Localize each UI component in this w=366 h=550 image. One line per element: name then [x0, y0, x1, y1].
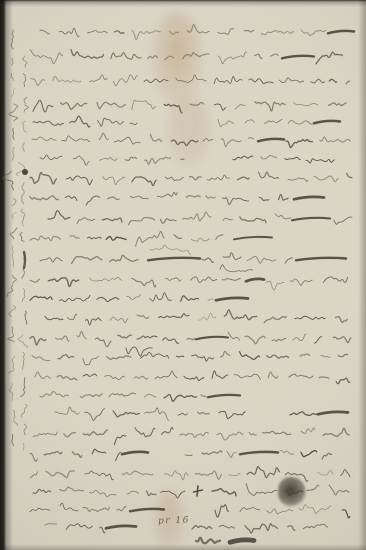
ink-stroke [163, 338, 179, 344]
ink-stroke [234, 237, 272, 239]
ink-stroke [293, 334, 307, 341]
ink-stroke [320, 137, 351, 142]
ink-stroke [44, 451, 62, 454]
ink-stroke [328, 103, 346, 106]
stain-bottom-streak [152, 490, 186, 550]
ink-stroke [53, 76, 81, 82]
ink-stroke [338, 354, 347, 357]
ink-stroke [110, 317, 128, 322]
ink-stroke [181, 159, 184, 160]
ink-stroke [282, 56, 314, 58]
ink-stroke [259, 172, 279, 178]
ink-stroke [328, 31, 354, 33]
ink-stroke [70, 116, 90, 127]
ink-stroke [23, 74, 26, 87]
stain-top-center-lower [166, 96, 212, 168]
ink-stroke [290, 412, 316, 416]
ink-stroke [206, 196, 215, 198]
ink-stroke [223, 279, 241, 281]
ink-stroke [126, 347, 152, 356]
ink-stroke [271, 54, 278, 56]
ink-stroke [132, 30, 160, 40]
ink-stroke [22, 352, 24, 369]
ink-stroke [83, 357, 99, 366]
ink-stroke [307, 485, 319, 490]
ink-stroke [145, 408, 169, 420]
ink-stroke [45, 524, 57, 526]
ink-stroke [288, 178, 308, 181]
ink-stroke [323, 428, 349, 436]
ink-stroke [48, 278, 79, 287]
ink-stroke [137, 315, 149, 318]
ink-stroke [59, 28, 79, 37]
ink-stroke [32, 137, 56, 141]
ink-stroke [294, 103, 318, 106]
ink-stroke [155, 371, 177, 379]
ink-stroke [198, 313, 216, 320]
ink-stroke [113, 75, 137, 86]
ink-stroke [223, 253, 241, 260]
ink-stroke [116, 452, 121, 460]
ink-stroke [172, 140, 198, 145]
ink-stroke [90, 490, 116, 496]
ink-stroke [162, 428, 174, 435]
ink-stroke [183, 53, 209, 59]
ink-stroke [122, 471, 152, 475]
ink-stroke [306, 159, 334, 163]
ink-stroke [286, 140, 312, 148]
ink-stroke [64, 433, 76, 437]
ink-stroke [289, 374, 313, 378]
ink-stroke [197, 486, 198, 496]
ink-stroke [292, 218, 330, 220]
ink-stroke [178, 413, 188, 415]
ink-stroke [12, 434, 14, 445]
ink-stroke [20, 378, 25, 397]
ink-stroke [164, 394, 197, 401]
ink-stroke [184, 376, 204, 380]
ink-stroke [314, 121, 340, 123]
ink-stroke [8, 327, 15, 342]
ink-stroke [90, 75, 108, 82]
ink-stroke [164, 104, 182, 113]
ink-stroke [180, 432, 208, 437]
ink-stroke [220, 265, 253, 272]
ink-stroke [329, 485, 349, 495]
ink-stroke [24, 97, 29, 112]
handwriting-layer [0, 0, 366, 550]
ink-stroke [301, 451, 317, 457]
ink-stroke [24, 252, 25, 268]
ink-stroke [311, 79, 325, 83]
ink-stroke [23, 143, 25, 152]
ink-stroke [264, 120, 282, 124]
ink-stroke [217, 432, 243, 440]
ink-stroke [107, 356, 131, 360]
ink-stroke [238, 177, 250, 179]
ink-stroke [318, 470, 334, 475]
ink-stroke [144, 79, 168, 83]
ink-stroke [22, 269, 25, 278]
ink-stroke [245, 120, 254, 123]
ink-stroke [72, 452, 81, 458]
ink-stroke [66, 176, 92, 185]
ink-stroke [336, 317, 348, 323]
ink-stroke [177, 356, 184, 357]
ink-stroke [264, 317, 286, 323]
ink-stroke [33, 432, 57, 437]
ink-stroke [32, 356, 50, 361]
ink-stroke [135, 428, 155, 437]
ink-stroke [340, 470, 349, 477]
ink-stroke [203, 139, 213, 142]
ink-stroke [301, 428, 315, 434]
ink-stroke [221, 351, 231, 357]
ink-stroke [85, 471, 113, 480]
ink-stroke [247, 256, 275, 263]
ink-stroke [73, 156, 89, 165]
ink-stroke [12, 246, 14, 267]
ink-stroke [48, 211, 70, 219]
ink-stroke [11, 88, 14, 97]
ink-stroke [181, 296, 199, 302]
ink-stroke [97, 102, 125, 109]
ink-stroke [285, 491, 303, 496]
ink-stroke [9, 104, 18, 121]
ink-stroke [40, 30, 50, 34]
ink-stroke [219, 525, 235, 528]
ink-stroke [40, 258, 62, 262]
ink-stroke [12, 199, 16, 206]
ink-stroke [90, 277, 123, 281]
ink-stroke [132, 100, 156, 109]
ink-stroke [246, 484, 276, 495]
ink-stroke [202, 258, 214, 262]
ink-stroke [240, 452, 278, 454]
ink-stroke [71, 50, 104, 59]
ink-stroke [117, 507, 126, 511]
ink-stroke [3, 171, 14, 190]
ink-stroke [247, 467, 280, 478]
ink-stroke [314, 176, 338, 182]
ink-stroke [108, 197, 120, 199]
ink-stroke [187, 25, 209, 33]
ink-stroke [342, 510, 349, 518]
ink-stroke [300, 354, 309, 356]
ink-stroke [113, 411, 139, 417]
ink-stroke [40, 391, 68, 397]
ink-stroke [30, 296, 52, 300]
ink-stroke [97, 297, 119, 301]
ink-stroke [218, 28, 234, 34]
ink-stroke [214, 77, 242, 84]
ink-stroke [132, 279, 156, 288]
ink-stroke [99, 133, 108, 140]
ink-stroke [83, 508, 109, 512]
ink-stroke [261, 155, 277, 159]
ink-stroke [30, 337, 46, 345]
ink-stroke [60, 487, 84, 491]
margin-ink-dot [22, 169, 28, 175]
ink-stroke [92, 449, 106, 454]
ink-stroke [30, 454, 37, 462]
ink-stroke [187, 196, 201, 198]
ink-stroke [279, 78, 303, 83]
ink-stroke [174, 235, 181, 239]
ink-stroke [303, 524, 327, 529]
ink-stroke [13, 147, 15, 160]
ink-stroke [280, 450, 294, 454]
ink-stroke [109, 393, 135, 397]
ink-stroke [57, 375, 77, 380]
ink-stroke [214, 104, 226, 110]
ink-stroke [10, 228, 17, 239]
ink-stroke [148, 56, 158, 59]
ink-stroke [201, 395, 206, 397]
ink-stroke [245, 336, 265, 344]
ink-stroke [12, 212, 16, 219]
ink-stroke [106, 526, 136, 528]
ink-stroke [106, 237, 126, 241]
ink-stroke [228, 332, 240, 340]
ink-stroke [316, 52, 342, 64]
ink-stroke [137, 336, 157, 339]
ink-stroke [227, 451, 237, 457]
ink-stroke [288, 120, 312, 124]
margin-note-squiggles [3, 30, 29, 450]
ink-stroke [223, 198, 249, 205]
ink-stroke [130, 196, 148, 199]
ink-stroke [216, 298, 248, 300]
ink-stroke [190, 177, 202, 180]
ink-stroke [24, 253, 25, 260]
ink-stroke [87, 237, 101, 239]
ink-stroke [169, 31, 178, 34]
ink-stroke [21, 404, 27, 417]
ink-stroke [288, 526, 295, 531]
ink-stroke [86, 318, 102, 325]
ink-stroke [33, 489, 51, 493]
ink-stroke [9, 384, 13, 401]
ink-stroke [55, 407, 79, 414]
ink-stroke [136, 231, 164, 246]
ink-stroke [208, 395, 240, 397]
ink-stroke [56, 336, 70, 341]
ink-stroke [70, 236, 80, 239]
ink-stroke [118, 335, 132, 338]
ink-stroke [272, 338, 286, 341]
ink-stroke [33, 121, 64, 125]
ink-stroke [30, 236, 61, 241]
ink-stroke [60, 295, 90, 301]
ink-stroke [190, 102, 204, 105]
ink-stroke [33, 100, 53, 112]
ink-stroke [100, 527, 105, 533]
ink-stroke [159, 314, 190, 318]
ink-stroke [212, 489, 236, 496]
ink-stroke [67, 314, 76, 319]
ink-stroke [240, 352, 260, 360]
main-text-squiggles [30, 25, 354, 544]
ink-stroke [321, 355, 330, 357]
ink-stroke [31, 79, 45, 86]
ink-stroke [12, 58, 13, 65]
ink-stroke [147, 491, 157, 496]
ink-stroke [233, 156, 253, 160]
ink-stroke [35, 372, 51, 379]
ink-stroke [196, 337, 228, 339]
ink-stroke [249, 432, 256, 435]
ink-stroke [224, 310, 257, 320]
ink-stroke [72, 257, 102, 264]
ink-stroke [22, 121, 27, 132]
ink-stroke [24, 424, 27, 435]
ink-stroke [290, 279, 312, 285]
ink-stroke [9, 357, 15, 374]
ink-stroke [86, 196, 100, 205]
ink-stroke [301, 30, 325, 36]
ink-stroke [46, 471, 74, 478]
ink-stroke [318, 412, 348, 414]
ink-stroke [145, 157, 171, 164]
ink-stroke [134, 376, 148, 379]
ink-stroke [191, 238, 209, 241]
ink-stroke [334, 217, 352, 224]
ink-stroke [25, 311, 27, 324]
ink-stroke [30, 50, 63, 64]
ink-stroke [299, 505, 332, 514]
ink-stroke [212, 371, 228, 378]
ink-stroke [279, 195, 289, 201]
ink-stroke [148, 258, 200, 260]
ink-stroke [314, 337, 321, 343]
ink-stroke [132, 177, 156, 186]
ink-stroke [323, 277, 347, 282]
ink-stroke [150, 293, 172, 301]
stain-top-center [150, 12, 204, 108]
ink-stroke [95, 338, 111, 347]
ink-stroke [65, 196, 77, 200]
ink-stroke [294, 197, 324, 199]
ink-stroke [30, 196, 58, 200]
ink-stroke [11, 73, 13, 80]
ink-stroke [218, 52, 246, 64]
ink-stroke [122, 452, 148, 454]
ink-stroke [23, 56, 27, 67]
ink-stroke [130, 123, 137, 125]
ink-stroke [13, 410, 17, 425]
ink-stroke [157, 192, 177, 197]
ink-stroke [166, 177, 184, 180]
ink-stroke [80, 394, 102, 397]
ink-stroke [285, 258, 292, 263]
ink-stroke [22, 183, 25, 204]
ink-stroke [83, 374, 97, 376]
ink-stroke [234, 374, 260, 379]
ink-stroke [221, 139, 241, 147]
ink-stroke [286, 473, 308, 482]
ink-stroke [66, 524, 92, 530]
ink-stroke [208, 299, 213, 301]
ink-stroke [246, 279, 264, 281]
ink-stroke [266, 281, 284, 290]
ink-stroke [275, 214, 291, 219]
ink-stroke [102, 218, 122, 222]
ink-stroke [218, 119, 234, 126]
ink-stroke [333, 337, 351, 343]
ink-stroke [85, 409, 105, 421]
ink-stroke [249, 138, 254, 139]
ink-stroke [336, 378, 350, 383]
ink-stroke [129, 218, 155, 225]
ink-stroke [150, 134, 162, 141]
date-fragment: pr 16 [158, 515, 190, 526]
ink-stroke [295, 316, 325, 319]
ink-stroke [176, 75, 207, 82]
ink-stroke [110, 255, 138, 262]
ink-stroke [185, 455, 192, 456]
ink-stroke [114, 435, 126, 445]
ink-stroke [347, 174, 352, 178]
ink-stroke [45, 316, 63, 319]
ink-stroke [87, 30, 107, 33]
ink-stroke [258, 139, 284, 141]
ink-blot [278, 477, 306, 507]
ink-stroke [30, 508, 50, 512]
ink-stroke [285, 157, 301, 159]
ink-stroke [30, 472, 37, 478]
ink-stroke [103, 177, 125, 185]
ink-stroke [187, 339, 194, 340]
ink-stroke [127, 491, 139, 494]
ink-stroke [130, 509, 164, 511]
ink-stroke [244, 30, 254, 32]
ink-stroke [223, 218, 233, 220]
ink-stroke [111, 53, 141, 60]
ink-stroke [216, 235, 223, 240]
ink-stroke [62, 136, 90, 142]
ink-stroke [240, 508, 260, 512]
ink-stroke [114, 137, 140, 144]
ink-stroke [100, 158, 118, 161]
ink-stroke [83, 430, 107, 435]
ink-stroke [255, 54, 262, 58]
manuscript-page: pr 16 [0, 0, 366, 550]
ink-stroke [245, 524, 278, 533]
ink-stroke [319, 377, 329, 378]
ink-stroke [160, 219, 176, 224]
ink-stroke [296, 258, 346, 260]
ink-stroke [125, 157, 137, 160]
ink-stroke [322, 453, 331, 459]
ink-stroke [207, 175, 229, 180]
ink-stroke [114, 31, 124, 33]
ink-stroke [329, 79, 336, 82]
ink-stroke [9, 306, 16, 317]
ink-stroke [240, 217, 266, 223]
ink-stroke [191, 277, 217, 283]
ink-stroke [165, 278, 181, 281]
ink-stroke [11, 30, 13, 49]
ink-stroke [40, 155, 62, 160]
ink-stroke [127, 294, 141, 299]
ink-stroke [267, 355, 289, 358]
ink-stroke [261, 31, 294, 35]
ink-stroke [105, 375, 125, 379]
ink-stroke [13, 128, 14, 139]
ink-stroke [140, 352, 168, 358]
ink-stroke [229, 473, 241, 475]
